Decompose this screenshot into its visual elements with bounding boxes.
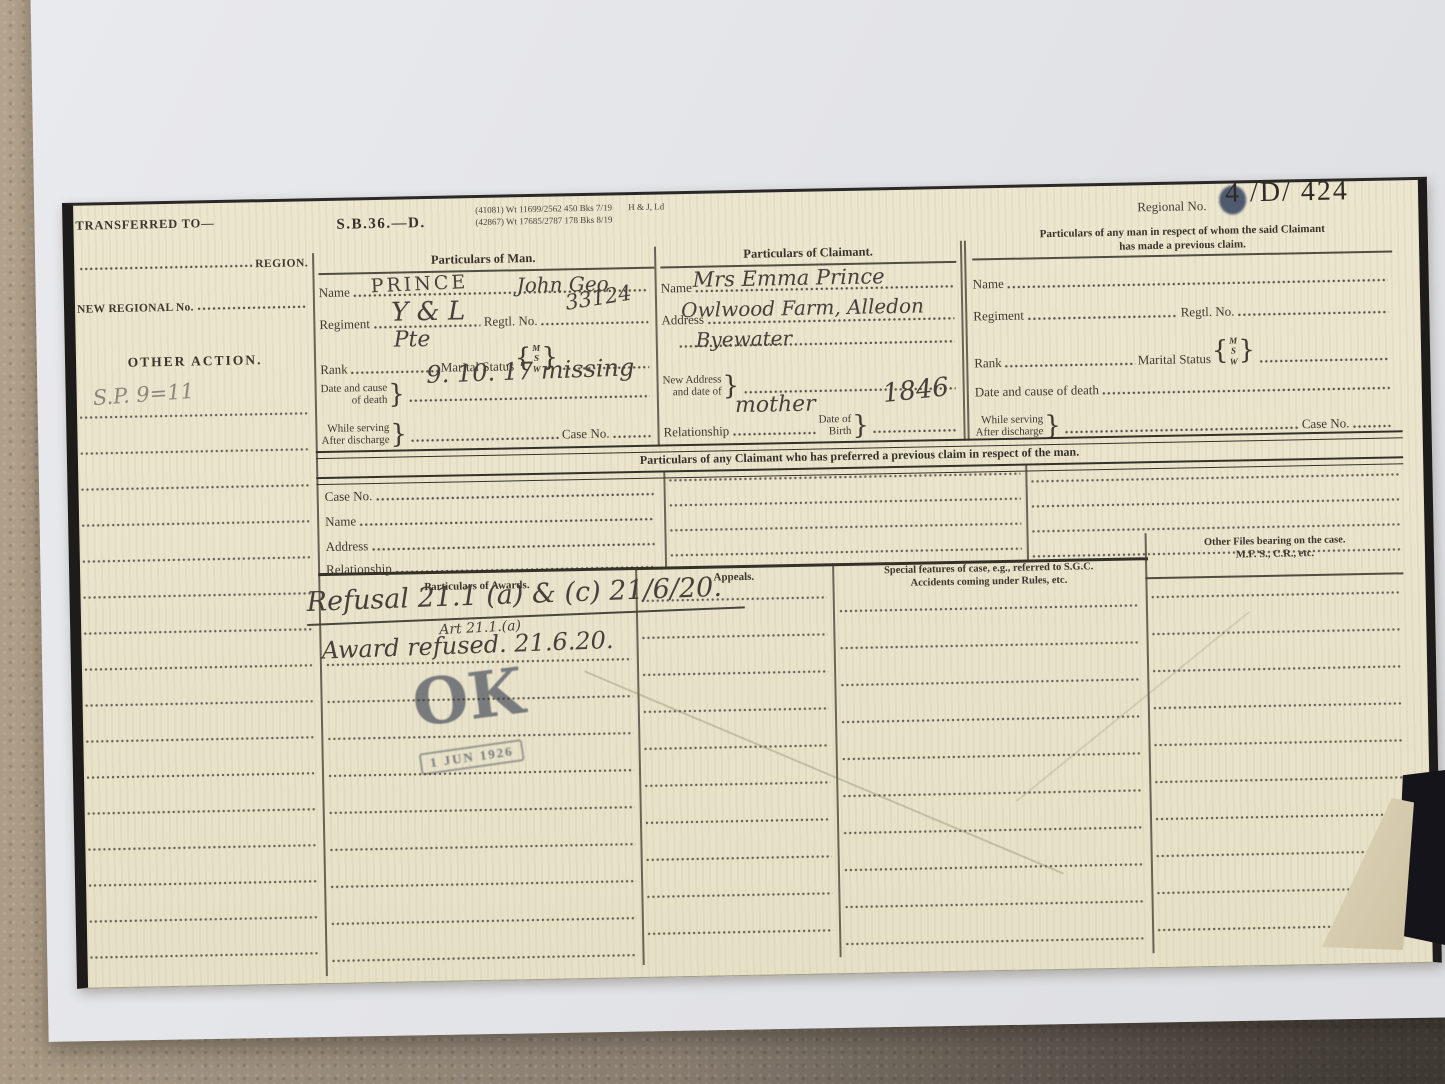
appeals-dotted-rows <box>641 595 834 957</box>
dotted-line <box>409 394 650 404</box>
marital-status-options: { MSW } <box>1211 335 1257 367</box>
previous-man-regiment-row: Regiment Regtl. No. <box>973 301 1391 325</box>
marital-w: W <box>1230 356 1238 366</box>
left-column-dotted-rows <box>79 411 320 975</box>
claimant-relationship-handwriting: mother <box>735 392 816 419</box>
dotted-line <box>351 369 438 376</box>
dotted-line <box>613 434 651 440</box>
photo-scene: TRANSFERRED TO— S.B.36.—D. (41081) Wt 11… <box>0 0 1445 1084</box>
special-features-header: Special features of case, e.g., referred… <box>832 559 1145 591</box>
new-regional-no-label: NEW REGIONAL No. <box>77 301 194 315</box>
print-code-line1: (41081) Wt 11699/2562 450 Bks 7/19 H & J… <box>475 201 664 215</box>
previous-man-name-row: Name <box>973 269 1391 293</box>
printer-name: H & J, Ld <box>628 201 664 212</box>
region-label: REGION. <box>255 257 308 270</box>
dotted-line <box>371 542 654 552</box>
claimant-section-title: Particulars of Claimant. <box>654 243 962 264</box>
transferred-to-label: TRANSFERRED TO— <box>75 216 214 234</box>
man-death-label: Date and causeof death <box>321 382 388 407</box>
pension-record-card: TRANSFERRED TO— S.B.36.—D. (41081) Wt 11… <box>62 177 1442 989</box>
print-code-1: (41081) Wt 11699/2562 450 Bks 7/19 <box>475 202 612 215</box>
dotted-line <box>79 263 252 271</box>
middle-dotted-rows-b <box>668 472 1022 567</box>
man-rank-handwriting: Pte <box>393 327 430 353</box>
dotted-line <box>359 517 654 528</box>
dotted-line <box>197 304 306 311</box>
region-row: REGION. <box>76 257 308 273</box>
brace-close: } <box>1238 340 1255 361</box>
previous-man-rank-label: Rank <box>974 355 1002 372</box>
dotted-line <box>1352 424 1390 430</box>
previous-man-marital-label: Marital Status <box>1138 351 1212 368</box>
man-regtl-no-label: Regtl. No. <box>484 313 538 330</box>
dotted-line <box>873 428 957 435</box>
special-dotted-rows <box>839 589 1146 953</box>
brace-open: { <box>1212 341 1229 362</box>
man-surname-handwriting: PRINCE <box>370 271 469 297</box>
dotted-line <box>1007 278 1388 290</box>
man-regiment-label: Regiment <box>319 316 370 333</box>
other-files-underline <box>1145 572 1403 578</box>
previous-claimant-caseno-row: Case No. <box>325 483 657 505</box>
man-case-no-label: Case No. <box>562 426 610 443</box>
brace-close: } <box>1044 416 1061 437</box>
previous-claimant-address-row: Address <box>325 533 657 555</box>
brace-close: } <box>390 425 407 446</box>
dotted-line <box>1027 314 1178 322</box>
brace-close: } <box>388 385 405 406</box>
claimant-new-address-label: New Addressand date of <box>662 373 721 398</box>
previous-man-serving-label: While servingAfter discharge <box>975 413 1043 438</box>
man-claimant-divider <box>654 247 659 447</box>
dotted-line <box>1238 310 1389 318</box>
dotted-line <box>375 492 653 502</box>
previous-man-death-label: Date and cause of death <box>975 382 1099 400</box>
claimant-dob-handwriting: 1846 <box>881 372 950 409</box>
claimant-relationship-label: Relationship <box>663 423 729 440</box>
previous-claimant-caseno-label: Case No. <box>325 488 373 505</box>
regional-no-value: 4 /D/ 424 <box>1225 175 1349 209</box>
marital-m: M <box>532 343 540 353</box>
other-action-handwriting: S.P. 9=11 <box>92 379 195 410</box>
man-serving-label: While servingAfter discharge <box>321 422 389 447</box>
previous-man-death-row: Date and cause of death <box>975 376 1393 400</box>
form-code: S.B.36.—D. <box>336 215 425 234</box>
new-regional-no-row: NEW REGIONAL No. <box>77 299 309 315</box>
man-rank-label: Rank <box>320 362 348 379</box>
marital-m: M <box>1229 335 1237 345</box>
claimant-address1-handwriting: Owlwood Farm, Alledon <box>681 293 924 322</box>
middle-divider-1 <box>663 472 666 566</box>
man-name-label: Name <box>319 284 350 301</box>
middle-divider-2 <box>1025 466 1028 560</box>
previous-man-name-label: Name <box>973 276 1004 293</box>
claimant-dob-label: Date ofBirth <box>818 413 851 438</box>
marital-s: S <box>1229 346 1237 356</box>
dotted-line <box>411 436 559 444</box>
previous-man-regtl-no-label: Regtl. No. <box>1181 304 1235 321</box>
dotted-line <box>1005 361 1135 368</box>
previous-claimant-name-row: Name <box>325 508 657 530</box>
dotted-line <box>732 431 816 438</box>
previous-claimant-name-label: Name <box>325 513 356 530</box>
previous-claimant-address-label: Address <box>325 538 368 555</box>
man-regiment-row: Regiment Regtl. No. <box>319 311 651 333</box>
claimant-name-handwriting: Mrs Emma Prince <box>692 264 884 292</box>
regional-no-label: Regional No. <box>1137 198 1207 215</box>
print-code-line2: (42867) Wt 17685/2787 178 Bks 8/19 <box>475 214 612 227</box>
claimant-address2-handwriting: Byewater <box>696 326 793 352</box>
previous-man-regiment-label: Regiment <box>973 308 1024 325</box>
other-files-header: Other Files bearing on the case.M.F.'S.,… <box>1145 532 1405 563</box>
brace-close: } <box>852 416 869 437</box>
claimant-right-divider-b <box>964 241 969 441</box>
man-serving-row: While servingAfter discharge } Case No. <box>321 417 653 448</box>
dotted-line <box>1259 357 1389 364</box>
previous-man-rank-row: Rank Marital Status { MSW } <box>974 332 1393 371</box>
previous-man-case-no-label: Case No. <box>1302 416 1350 433</box>
claimant-name-label: Name <box>661 280 692 297</box>
dotted-line <box>1102 386 1390 397</box>
dotted-line <box>541 320 649 327</box>
other-action-label: OTHER ACTION. <box>76 351 314 372</box>
man-regiment-handwriting: Y & L <box>391 296 466 327</box>
awards-dotted-rows <box>326 657 638 963</box>
